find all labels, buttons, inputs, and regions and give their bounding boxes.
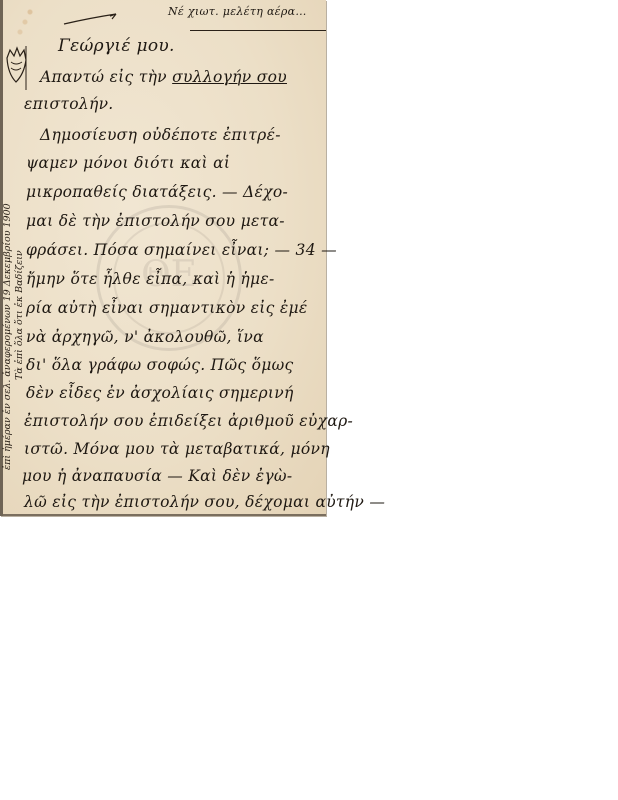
letter-line: μικροπαθείς διατάξεις. — Δέχο- xyxy=(26,183,288,201)
letter-line: επιστολήν. xyxy=(24,95,114,113)
letter-line: λῶ εἰς τὴν ἐπιστολήν σου, δέχομαι αὐτήν … xyxy=(24,493,385,511)
letter-line: Δημοσίευση οὐδέποτε ἐπιτρέ- xyxy=(40,126,281,144)
letter-line: ρία αὐτὴ εἶναι σημαντικὸν εἰς ἐμέ xyxy=(26,299,308,317)
letter-line: μαι δὲ τὴν ἐπιστολήν σου μετα- xyxy=(26,212,285,230)
underlined-phrase: συλλογήν σου xyxy=(172,68,287,86)
salutation: Γεώργιέ μου. xyxy=(58,36,175,56)
letter-line: φράσει. Πόσα σημαίνει εἶναι; — 34 — xyxy=(26,241,337,259)
margin-note: ἐπὶ ἡμέραν ἐν σελ. ἀναφερομένων 19 Δεκεμ… xyxy=(2,203,13,470)
letter-line: δὲν εἶδες ἐν ἀσχολίαις σημερινή xyxy=(26,384,294,402)
header-underline xyxy=(190,30,326,31)
letter-line: ιστῶ. Μόνα μου τὰ μεταβατικά, μόνη xyxy=(24,440,330,458)
letter-line: μου ἡ ἀναπαυσία — Καὶ δὲν ἐγὼ- xyxy=(22,467,292,485)
letter-line: νὰ ἀρχηγῶ, ν' ἀκολουθῶ, ἵνα xyxy=(26,328,264,346)
letter-line: ἐπιστολήν σου ἐπιδείξει ἀριθμοῦ εὐχαρ- xyxy=(24,412,353,430)
crest-sketch-icon xyxy=(4,44,28,92)
header-note: Νέ χιωτ. μελέτη αέρα… xyxy=(168,5,307,18)
margin-note: Τὰ ἐπὶ ὅλα ὅτι ἐκ Βαδίζειν xyxy=(14,250,25,380)
pen-flourish-icon xyxy=(62,12,118,26)
letter-line: Απαντώ εἰς τὴν συλλογήν σου xyxy=(40,68,287,86)
letter-line: δι' ὅλα γράφω σοφώς. Πῶς ὅμως xyxy=(26,356,294,374)
letter-line: ψαμεν μόνοι διότι καὶ αἱ xyxy=(26,154,230,172)
letter-line: ἤμην ὅτε ἦλθε εἶπα, καὶ ἡ ἡμε- xyxy=(26,270,275,288)
letter-page: ΘΕ Νέ χιωτ. μελέτη αέρα… Γεώργιέ μου. Απ… xyxy=(0,0,326,516)
